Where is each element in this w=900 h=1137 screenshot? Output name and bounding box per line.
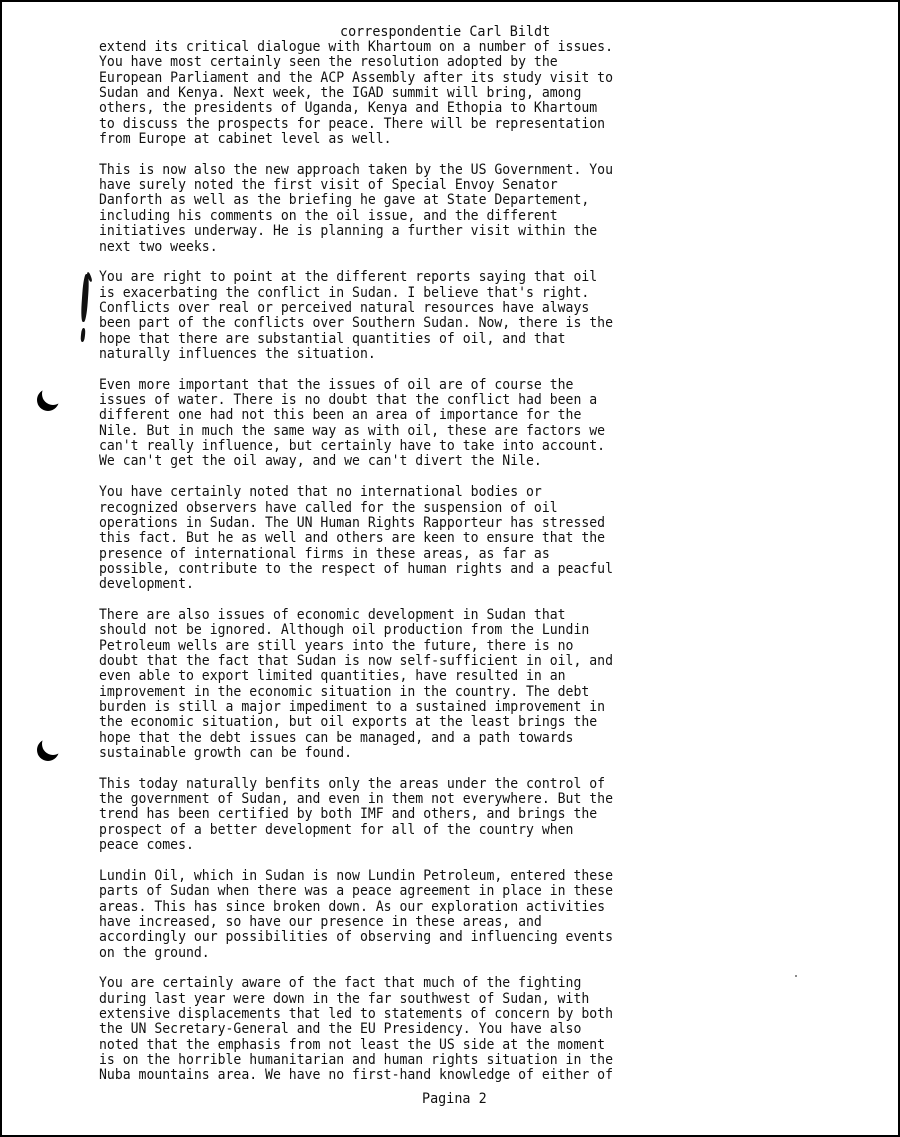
text-line: including his comments on the oil issue,… [99, 208, 675, 223]
text-line: even able to export limited quantities, … [99, 668, 675, 683]
text-line: possible, contribute to the respect of h… [99, 561, 675, 576]
text-line: next two weeks. [99, 239, 675, 254]
text-line: We can't get the oil away, and we can't … [99, 453, 675, 468]
text-line: can't really influence, but certainly ha… [99, 438, 675, 453]
text-line: the government of Sudan, and even in the… [99, 791, 675, 806]
margin-bar-mark [80, 274, 89, 322]
paragraph: extend its critical dialogue with Kharto… [99, 39, 739, 146]
text-line: this fact. But he as well and others are… [99, 530, 675, 545]
paragraph: There are also issues of economic develo… [99, 607, 739, 760]
text-line: the economic situation, but oil exports … [99, 714, 675, 729]
crescent-mark-icon [42, 733, 64, 755]
text-line: improvement in the economic situation in… [99, 684, 675, 699]
text-line: Danforth as well as the briefing he gave… [99, 192, 675, 207]
text-line: have increased, so have our presence in … [99, 914, 675, 929]
text-line: Nuba mountains area. We have no first-ha… [99, 1067, 675, 1082]
text-line: on the ground. [99, 945, 675, 960]
text-line: Even more important that the issues of o… [99, 377, 675, 392]
margin-bar-mark-tail [80, 328, 85, 342]
paragraph: This is now also the new approach taken … [99, 162, 739, 254]
text-line: peace comes. [99, 837, 675, 852]
paragraph: This today naturally benfits only the ar… [99, 776, 739, 853]
text-line: presence of international firms in these… [99, 546, 675, 561]
text-line: to discuss the prospects for peace. Ther… [99, 116, 675, 131]
paragraph: Even more important that the issues of o… [99, 377, 739, 469]
text-line: You have most certainly seen the resolut… [99, 54, 675, 69]
text-line: have surely noted the first visit of Spe… [99, 177, 675, 192]
paragraph: You are right to point at the different … [99, 269, 739, 361]
text-line: extend its critical dialogue with Kharto… [99, 39, 675, 54]
text-line: others, the presidents of Uganda, Kenya … [99, 100, 675, 115]
text-line: Nile. But in much the same way as with o… [99, 423, 675, 438]
page-header: correspondentie Carl Bildt [340, 24, 550, 39]
text-line: Sudan and Kenya. Next week, the IGAD sum… [99, 85, 675, 100]
text-line: the UN Secretary-General and the EU Pres… [99, 1021, 675, 1036]
text-line: should not be ignored. Although oil prod… [99, 622, 675, 637]
text-line: There are also issues of economic develo… [99, 607, 675, 622]
text-line: areas. This has since broken down. As ou… [99, 899, 675, 914]
paragraph: You have certainly noted that no interna… [99, 484, 739, 591]
text-line: prospect of a better development for all… [99, 822, 675, 837]
text-line: extensive displacements that led to stat… [99, 1006, 675, 1021]
text-line: You are certainly aware of the fact that… [99, 975, 675, 990]
text-line: naturally influences the situation. [99, 346, 675, 361]
text-line: is on the horrible humanitarian and huma… [99, 1052, 675, 1067]
text-line: from Europe at cabinet level as well. [99, 131, 675, 146]
page-footer: Pagina 2 [422, 1090, 487, 1107]
text-line: hope that the debt issues can be managed… [99, 730, 675, 745]
text-line: hope that there are substantial quantiti… [99, 331, 675, 346]
text-line: doubt that the fact that Sudan is now se… [99, 653, 675, 668]
text-line: accordingly our possibilities of observi… [99, 929, 675, 944]
text-line: different one had not this been an area … [99, 407, 675, 422]
text-line: Petroleum wells are still years into the… [99, 638, 675, 653]
text-line: Lundin Oil, which in Sudan is now Lundin… [99, 868, 675, 883]
text-line: European Parliament and the ACP Assembly… [99, 70, 675, 85]
text-line: during last year were down in the far so… [99, 991, 675, 1006]
text-line: This is now also the new approach taken … [99, 162, 675, 177]
text-line: parts of Sudan when there was a peace ag… [99, 883, 675, 898]
text-line: recognized observers have called for the… [99, 500, 675, 515]
text-line: operations in Sudan. The UN Human Rights… [99, 515, 675, 530]
text-line: is exacerbating the conflict in Sudan. I… [99, 285, 675, 300]
crescent-mark-icon [42, 383, 64, 405]
paragraph: You are certainly aware of the fact that… [99, 975, 739, 1082]
document-body: extend its critical dialogue with Kharto… [99, 39, 739, 1098]
text-line: You have certainly noted that no interna… [99, 484, 675, 499]
text-line: trend has been certified by both IMF and… [99, 806, 675, 821]
text-line: initiatives underway. He is planning a f… [99, 223, 675, 238]
document-page: correspondentie Carl Bildt extend its cr… [0, 0, 900, 1137]
text-line: noted that the emphasis from not least t… [99, 1037, 675, 1052]
text-line: You are right to point at the different … [99, 269, 675, 284]
text-line: Conflicts over real or perceived natural… [99, 300, 675, 315]
text-line: sustainable growth can be found. [99, 745, 675, 760]
text-line: development. [99, 576, 675, 591]
text-line: issues of water. There is no doubt that … [99, 392, 675, 407]
text-line: been part of the conflicts over Southern… [99, 315, 675, 330]
scan-speck [795, 975, 797, 977]
text-line: This today naturally benfits only the ar… [99, 776, 675, 791]
text-line: burden is still a major impediment to a … [99, 699, 675, 714]
paragraph: Lundin Oil, which in Sudan is now Lundin… [99, 868, 739, 960]
